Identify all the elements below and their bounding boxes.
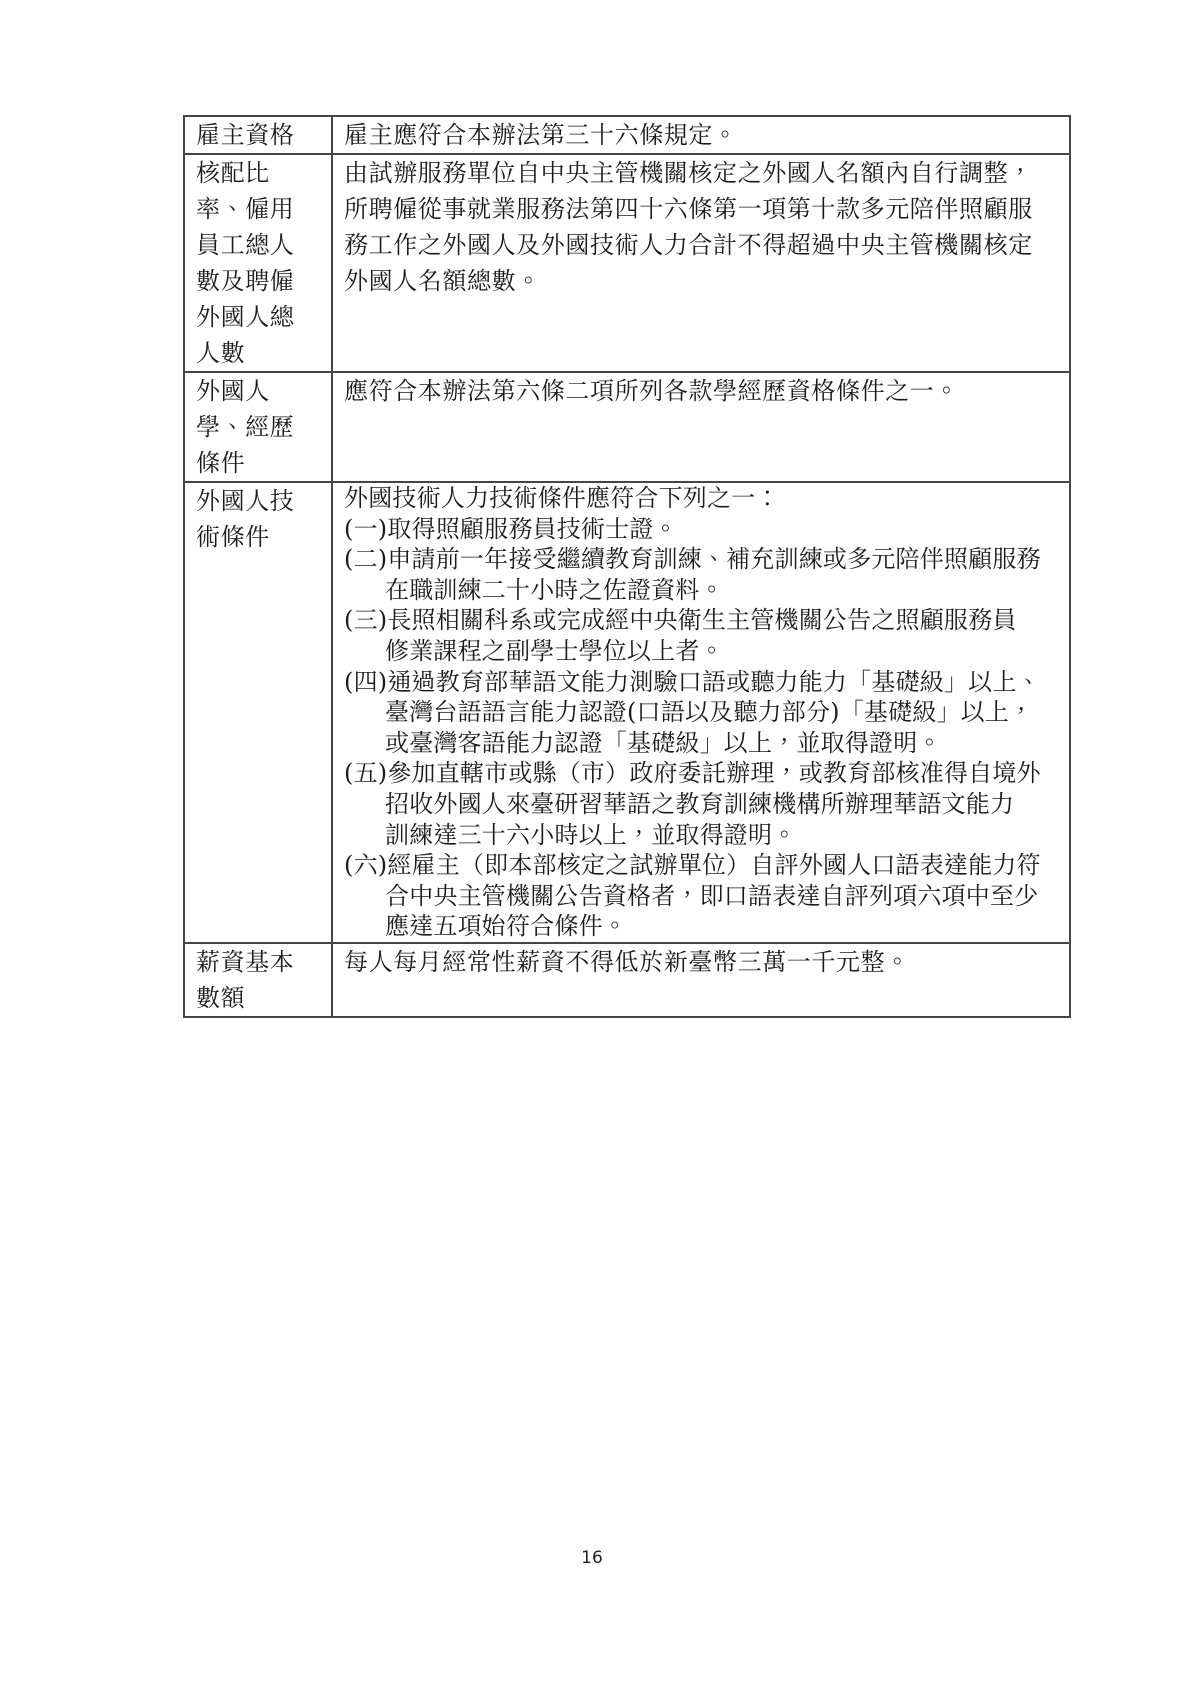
row-body-line: 由試辦服務單位自中央主管機關核定之外國人名額內自行調整，	[344, 155, 1059, 191]
table-row: 外國人學、經歷條件應符合本辦法第六條二項所列各款學經歷資格條件之一。	[184, 372, 1070, 482]
row-header-cell: 外國人技術條件	[184, 482, 332, 943]
row-body-line: 臺灣台語語言能力認證(口語以及聽力部分)「基礎級」以上，	[344, 697, 1059, 728]
row-header-cell: 外國人學、經歷條件	[184, 372, 332, 482]
row-header-line: 條件	[196, 445, 321, 481]
row-header-cell: 核配比率、僱用員工總人數及聘僱外國人總人數	[184, 154, 332, 372]
row-body-line: (六)經雇主（即本部核定之試辦單位）自評外國人口語表達能力符	[344, 850, 1059, 881]
requirements-table: 雇主資格雇主應符合本辦法第三十六條規定。核配比率、僱用員工總人數及聘僱外國人總人…	[183, 115, 1071, 1018]
row-body-line: (二)申請前一年接受繼續教育訓練、補充訓練或多元陪伴照顧服務	[344, 544, 1059, 575]
table-row: 核配比率、僱用員工總人數及聘僱外國人總人數由試辦服務單位自中央主管機關核定之外國…	[184, 154, 1070, 372]
document-page: 雇主資格雇主應符合本辦法第三十六條規定。核配比率、僱用員工總人數及聘僱外國人總人…	[0, 0, 1200, 1697]
row-header-line: 外國人	[196, 373, 321, 409]
row-header-line: 外國人總	[196, 299, 321, 335]
row-header-line: 率、僱用	[196, 191, 321, 227]
page-number: 16	[0, 1548, 1184, 1568]
row-header-line: 學、經歷	[196, 409, 321, 445]
row-header-line: 外國人技	[196, 483, 321, 519]
row-body-cell: 外國技術人力技術條件應符合下列之一：(一)取得照顧服務員技術士證。(二)申請前一…	[332, 482, 1070, 943]
row-header-line: 人數	[196, 335, 321, 371]
row-body-cell: 由試辦服務單位自中央主管機關核定之外國人名額內自行調整，所聘僱從事就業服務法第四…	[332, 154, 1070, 372]
row-body-line: 外國人名額總數。	[344, 263, 1059, 299]
row-body-line: (三)長照相關科系或完成經中央衛生主管機關公告之照顧服務員	[344, 605, 1059, 636]
table-row: 雇主資格雇主應符合本辦法第三十六條規定。	[184, 116, 1070, 154]
row-body-cell: 雇主應符合本辦法第三十六條規定。	[332, 116, 1070, 154]
row-body-line: 或臺灣客語能力認證「基礎級」以上，並取得證明。	[344, 728, 1059, 759]
row-body-cell: 每人每月經常性薪資不得低於新臺幣三萬一千元整。	[332, 943, 1070, 1017]
row-body-line: 訓練達三十六小時以上，並取得證明。	[344, 820, 1059, 851]
table-row: 外國人技術條件外國技術人力技術條件應符合下列之一：(一)取得照顧服務員技術士證。…	[184, 482, 1070, 943]
row-body-line: 修業課程之副學士學位以上者。	[344, 636, 1059, 667]
row-body-line: 雇主應符合本辦法第三十六條規定。	[344, 117, 1059, 153]
row-header-line: 核配比	[196, 155, 321, 191]
row-header-cell: 雇主資格	[184, 116, 332, 154]
row-body-line: 在職訓練二十小時之佐證資料。	[344, 575, 1059, 606]
row-header-line: 員工總人	[196, 227, 321, 263]
row-header-line: 數及聘僱	[196, 263, 321, 299]
row-body-line: 每人每月經常性薪資不得低於新臺幣三萬一千元整。	[344, 944, 1059, 980]
row-header-line: 薪資基本	[196, 944, 321, 980]
row-header-line: 雇主資格	[196, 117, 321, 153]
row-body-line: 招收外國人來臺研習華語之教育訓練機構所辦理華語文能力	[344, 789, 1059, 820]
row-body-line: (一)取得照顧服務員技術士證。	[344, 514, 1059, 545]
row-header-cell: 薪資基本數額	[184, 943, 332, 1017]
row-body-line: 外國技術人力技術條件應符合下列之一：	[344, 483, 1059, 514]
row-body-line: 應達五項始符合條件。	[344, 911, 1059, 942]
row-body-line: (五)參加直轄市或縣（市）政府委託辦理，或教育部核准得自境外	[344, 758, 1059, 789]
row-header-line: 數額	[196, 980, 321, 1016]
requirements-table-container: 雇主資格雇主應符合本辦法第三十六條規定。核配比率、僱用員工總人數及聘僱外國人總人…	[183, 115, 1023, 1018]
row-body-line: (四)通過教育部華語文能力測驗口語或聽力能力「基礎級」以上、	[344, 667, 1059, 698]
row-body-line: 應符合本辦法第六條二項所列各款學經歷資格條件之一。	[344, 373, 1059, 409]
row-body-line: 務工作之外國人及外國技術人力合計不得超過中央主管機關核定	[344, 227, 1059, 263]
table-row: 薪資基本數額每人每月經常性薪資不得低於新臺幣三萬一千元整。	[184, 943, 1070, 1017]
row-body-line: 所聘僱從事就業服務法第四十六條第一項第十款多元陪伴照顧服	[344, 191, 1059, 227]
row-body-line: 合中央主管機關公告資格者，即口語表達自評列項六項中至少	[344, 881, 1059, 912]
row-header-line: 術條件	[196, 519, 321, 555]
row-body-cell: 應符合本辦法第六條二項所列各款學經歷資格條件之一。	[332, 372, 1070, 482]
